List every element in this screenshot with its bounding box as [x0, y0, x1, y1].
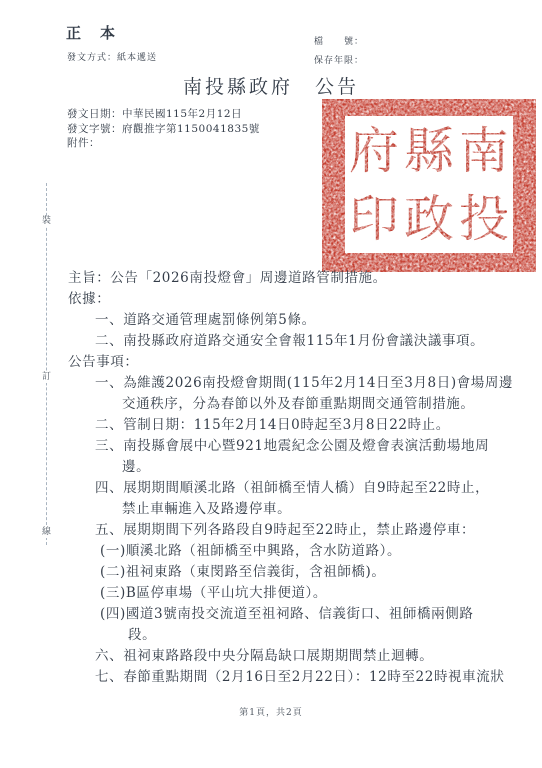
line-item-1-cont: 交通秩序，分為春節以外及春節重點期間交通管制措施。	[122, 394, 520, 415]
line-item-4: 四、展期期間順溪北路（祖師橋至情人橋）自9時起至22時止，	[95, 478, 520, 499]
seal-char: 政	[404, 190, 454, 248]
file-number-label: 檔 號：	[314, 34, 364, 47]
binding-mark: 線	[40, 527, 53, 538]
ref-number-line: 發文字號：府觀推字第1150041835號	[67, 122, 260, 137]
seal-char: 縣	[404, 122, 455, 180]
line-item-5-sub-4: (四)國道3號南投交流道至祖祠路、信義街口、祖師橋兩側路	[100, 604, 520, 625]
line-item-5-sub-2: (二)祖祠東路（東閔路至信義街，含祖師橋)。	[100, 562, 520, 583]
seal-char: 印	[349, 190, 399, 248]
line-subject: 主旨：公告「2026南投燈會」周邊道路管制措施。	[68, 268, 520, 289]
document-page: 正 本 發文方式：紙本遞送 檔 號： 保存年限： 南投縣政府 公告 發文日期：中…	[0, 0, 542, 768]
line-item-5: 五、展期期間下列各路段自9時起至22時止，禁止路邊停車：	[95, 520, 520, 541]
line-item-5-sub-1: (一)順溪北路（祖師橋至中興路，含水防道路）。	[100, 541, 520, 562]
line-item-5-sub-3: (三)B區停車場（平山坑大排便道）。	[100, 583, 520, 604]
seal-char: 南	[459, 122, 509, 180]
line-item-4-cont: 禁止車輛進入及路邊停車。	[122, 499, 520, 520]
line-items-heading: 公告事項：	[68, 352, 520, 373]
page-number-footer: 第1頁，共2頁	[0, 705, 542, 718]
line-item-2: 二、管制日期：115年2月14日0時起至3月8日22時止。	[95, 415, 520, 436]
line-item-3: 三、南投縣會展中心暨921地震紀念公園及燈會表演活動場地周	[95, 436, 520, 457]
delivery-method-label: 發文方式：紙本遞送	[67, 50, 157, 63]
line-item-5-sub-4-cont: 段。	[128, 625, 520, 646]
binding-mark: 裝	[40, 216, 53, 227]
attachment-line: 附件：	[67, 136, 260, 151]
line-basis-heading: 依據：	[68, 289, 520, 310]
retention-period-label: 保存年限：	[314, 53, 364, 66]
seal-char: 府	[349, 122, 399, 180]
official-seal-icon: 南 投 縣 政 府 印	[322, 99, 536, 272]
line-basis-item-1: 一、道路交通管理處罰條例第5條。	[95, 310, 520, 331]
document-body: 主旨：公告「2026南投燈會」周邊道路管制措施。 依據： 一、道路交通管理處罰條…	[68, 268, 520, 688]
binding-dashed-line	[46, 183, 47, 545]
line-item-3-cont: 邊。	[122, 457, 520, 478]
issue-date-line: 發文日期：中華民國115年2月12日	[67, 107, 260, 122]
line-basis-item-2: 二、南投縣政府道路交通安全會報115年1月份會議決議事項。	[95, 331, 520, 352]
line-item-1: 一、為維護2026南投燈會期間(115年2月14日至3月8日)會場周邊	[95, 373, 520, 394]
seal-char: 投	[459, 190, 509, 248]
copy-type-label: 正 本	[66, 22, 117, 43]
line-item-6: 六、祖祠東路路段中央分隔島缺口展期期間禁止迴轉。	[95, 646, 520, 667]
binding-mark: 訂	[40, 372, 53, 383]
document-meta: 發文日期：中華民國115年2月12日 發文字號：府觀推字第1150041835號…	[67, 107, 260, 151]
document-title: 南投縣政府 公告	[0, 72, 542, 99]
line-item-7: 七、春節重點期間（2月16日至2月22日）：12時至22時視車流狀	[95, 667, 520, 688]
